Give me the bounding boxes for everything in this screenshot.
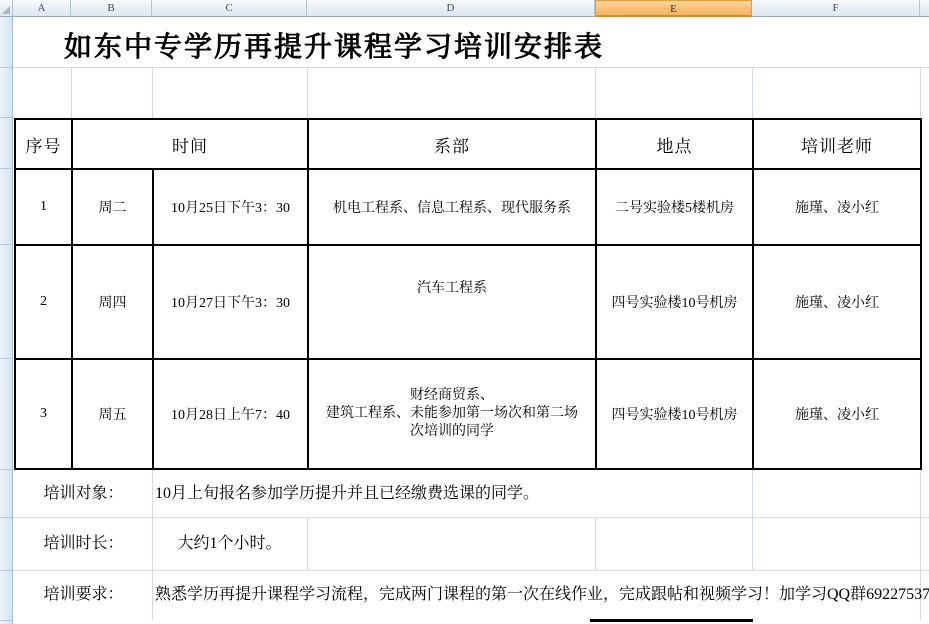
row-divider (0, 117, 12, 118)
cell-location[interactable]: 四号实验楼10号机房 (596, 245, 753, 359)
cell-teacher[interactable]: 施瑾、凌小红 (753, 245, 921, 359)
gridline (152, 470, 153, 517)
cell-no[interactable]: 3 (15, 359, 72, 469)
header-cell-time[interactable]: 时间 (72, 119, 308, 169)
row-header-strip[interactable] (0, 17, 13, 624)
cell-dept[interactable]: 汽车工程系 (308, 245, 596, 359)
cell-dept-line: 建筑工程系、未能参加第一场次和第二场 (309, 405, 595, 423)
sheet-title[interactable]: 如东中专学历再提升课程学习培训安排表 (64, 25, 604, 65)
note-content-target[interactable]: 10月上旬报名参加学历提升并且已经缴费选课的同学。 (155, 470, 539, 517)
row-divider (0, 244, 12, 245)
select-all-corner[interactable] (0, 0, 13, 17)
gridline (307, 518, 308, 570)
gridline (920, 68, 921, 118)
table-header-row: 序号 时间 系部 地点 培训老师 (15, 119, 921, 169)
cell-teacher[interactable]: 施瑾、凌小红 (753, 359, 921, 469)
cell-no[interactable]: 1 (15, 169, 72, 245)
gridline (307, 68, 308, 118)
cell-no[interactable]: 2 (15, 245, 72, 359)
note-content-requirement[interactable]: 熟悉学历再提升课程学习流程，完成两门课程的第一次在线作业，完成跟帖和视频学习！加… (155, 570, 929, 620)
cell-time[interactable]: 10月25日下午3：30 (153, 169, 308, 245)
column-header-a[interactable]: A (13, 0, 71, 17)
cell-time[interactable]: 10月28日上午7：40 (153, 359, 308, 469)
column-header-g-partial[interactable] (920, 0, 929, 17)
cell-day[interactable]: 周四 (72, 245, 153, 359)
header-cell-location[interactable]: 地点 (596, 119, 753, 169)
row-divider (0, 517, 12, 518)
table-row: 2 周四 10月27日下午3：30 汽车工程系 四号实验楼10号机房 施瑾、凌小… (15, 245, 921, 359)
cell-dept[interactable]: 财经商贸系、 建筑工程系、未能参加第一场次和第二场 次培训的同学 (308, 359, 596, 469)
column-header-bar: A B C D E F (0, 0, 929, 17)
gridline (920, 518, 921, 570)
gridline (152, 68, 153, 118)
column-header-d[interactable]: D (307, 0, 595, 17)
cell-dept[interactable]: 机电工程系、信息工程系、现代服务系 (308, 169, 596, 245)
column-header-f[interactable]: F (752, 0, 920, 17)
table-row: 1 周二 10月25日下午3：30 机电工程系、信息工程系、现代服务系 二号实验… (15, 169, 921, 245)
gridline (595, 68, 596, 118)
header-cell-no[interactable]: 序号 (15, 119, 72, 169)
gridline (752, 68, 753, 118)
row-divider (0, 168, 12, 169)
note-label-duration[interactable]: 培训时长： (15, 517, 152, 570)
row-divider (0, 67, 12, 68)
row-divider (0, 620, 12, 621)
cell-time[interactable]: 10月27日下午3：30 (153, 245, 308, 359)
note-content-duration[interactable]: 大约1个小时。 (152, 517, 307, 570)
gridline (13, 67, 929, 68)
gridline (71, 68, 72, 118)
header-cell-dept[interactable]: 系部 (308, 119, 596, 169)
table-row: 3 周五 10月28日上午7：40 财经商贸系、 建筑工程系、未能参加第一场次和… (15, 359, 921, 469)
training-schedule-table: 序号 时间 系部 地点 培训老师 1 周二 10月25日下午3：30 机电工程系… (14, 118, 922, 470)
gridline (595, 518, 596, 570)
cell-day[interactable]: 周二 (72, 169, 153, 245)
cell-teacher[interactable]: 施瑾、凌小红 (753, 169, 921, 245)
note-label-requirement[interactable]: 培训要求： (15, 570, 152, 620)
row-divider (0, 358, 12, 359)
cell-dept-line: 次培训的同学 (309, 423, 595, 441)
gridline (752, 470, 753, 517)
select-all-triangle-icon (2, 6, 10, 14)
spreadsheet-window: A B C D E F 如东中专学历再提升课程学习培训安排表 (0, 0, 929, 624)
row-divider (0, 570, 12, 571)
note-label-target[interactable]: 培训对象： (15, 470, 152, 517)
cell-location[interactable]: 二号实验楼5楼机房 (596, 169, 753, 245)
column-header-c[interactable]: C (152, 0, 307, 17)
gridline (752, 518, 753, 570)
gridline (920, 470, 921, 517)
cell-dept-line: 财经商贸系、 (309, 387, 595, 405)
header-cell-teacher[interactable]: 培训老师 (753, 119, 921, 169)
column-header-e-selected[interactable]: E (595, 0, 752, 17)
row-divider (0, 469, 12, 470)
column-header-b[interactable]: B (71, 0, 152, 17)
gridline (152, 571, 153, 620)
cell-day[interactable]: 周五 (72, 359, 153, 469)
cell-dept-text: 汽车工程系 (417, 277, 487, 297)
cell-location[interactable]: 四号实验楼10号机房 (596, 359, 753, 469)
